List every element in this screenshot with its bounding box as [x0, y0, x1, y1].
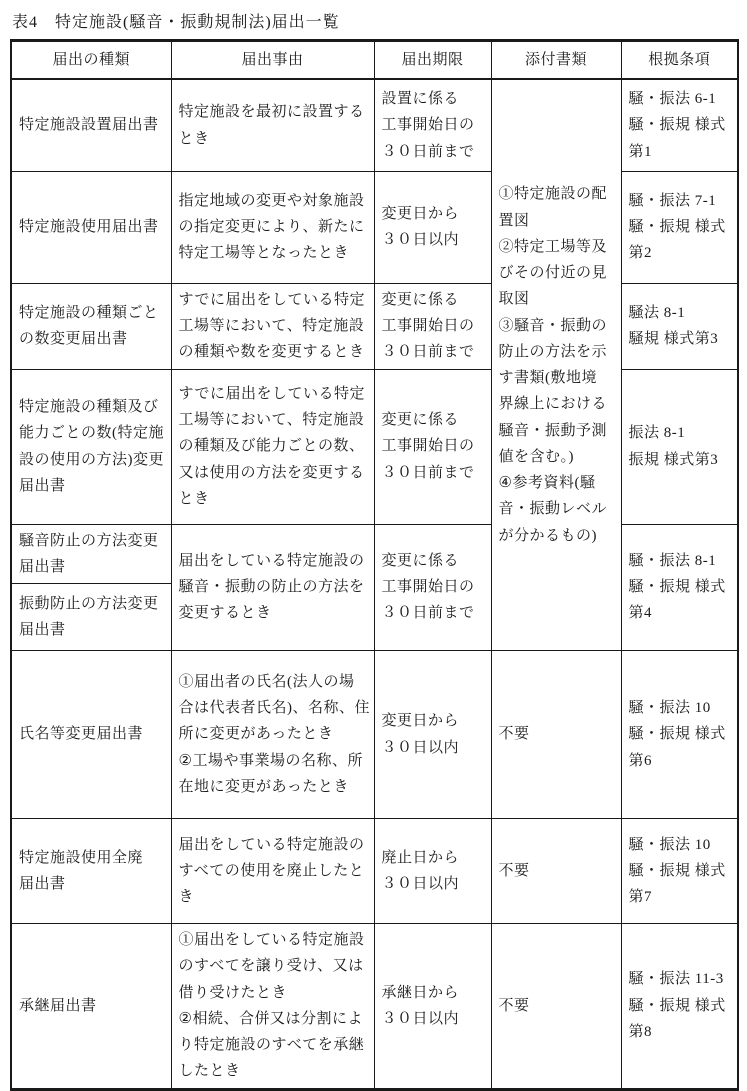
attachments-cell: 不要 — [491, 819, 621, 924]
notification-type-cell: 特定施設使用届出書 — [11, 171, 171, 283]
col-header-deadline: 届出期限 — [374, 41, 491, 80]
col-header-reason: 届出事由 — [171, 41, 374, 80]
header-row: 届出の種類 届出事由 届出期限 添付書類 根拠条項 — [11, 41, 738, 80]
notification-type-cell: 特定施設使用全廃 届出書 — [11, 819, 171, 924]
deadline-cell: 設置に係る 工事開始日の ３０日前まで — [374, 79, 491, 171]
col-header-notification-type: 届出の種類 — [11, 41, 171, 80]
deadline-cell: 変更に係る 工事開始日の ３０日前まで — [374, 524, 491, 651]
reason-cell: ①届出者の氏名(法人の場 合は代表者氏名)、名称、住 所に変更があったとき ②工… — [171, 651, 374, 819]
legal-basis-cell: 騒・振法 10 騒・振規 様式 第6 — [621, 651, 738, 819]
shared-attachments-cell: ①特定施設の配 置図 ②特定工場等及 びその付近の見 取図 ③騒音・振動の 防止… — [491, 79, 621, 650]
notification-type-cell: 振動防止の方法変更 届出書 — [11, 584, 171, 651]
reason-cell: 届出をしている特定施設の すべての使用を廃止したと き — [171, 819, 374, 924]
deadline-cell: 変更日から ３０日以内 — [374, 651, 491, 819]
notification-type-cell: 特定施設の種類ごと の数変更届出書 — [11, 283, 171, 369]
legal-basis-cell: 騒・振法 6-1 騒・振規 様式 第1 — [621, 79, 738, 171]
legal-basis-cell: 騒・振法 11-3 騒・振規 様式 第8 — [621, 924, 738, 1090]
table-row: 特定施設使用全廃 届出書 届出をしている特定施設の すべての使用を廃止したと き… — [11, 819, 738, 924]
attachments-cell: 不要 — [491, 651, 621, 819]
notification-type-cell: 氏名等変更届出書 — [11, 651, 171, 819]
reason-cell: 特定施設を最初に設置する とき — [171, 79, 374, 171]
deadline-cell: 廃止日から ３０日以内 — [374, 819, 491, 924]
reason-cell: すでに届出をしている特定 工場等において、特定施設 の種類や数を変更するとき — [171, 283, 374, 369]
reason-cell: すでに届出をしている特定 工場等において、特定施設 の種類及び能力ごとの数、 又… — [171, 369, 374, 524]
table-row: 承継届出書 ①届出をしている特定施設 のすべてを譲り受け、又は 借り受けたとき … — [11, 924, 738, 1090]
reason-cell: 届出をしている特定施設の 騒音・振動の防止の方法を 変更するとき — [171, 524, 374, 651]
notification-type-cell: 承継届出書 — [11, 924, 171, 1090]
table-row: 特定施設の種類ごと の数変更届出書 すでに届出をしている特定 工場等において、特… — [11, 283, 738, 369]
deadline-cell: 変更に係る 工事開始日の ３０日前まで — [374, 369, 491, 524]
reason-cell: 指定地域の変更や対象施設 の指定変更により、新たに 特定工場等となったとき — [171, 171, 374, 283]
legal-basis-cell: 騒法 8-1 騒規 様式第3 — [621, 283, 738, 369]
page-title: 表4 特定施設(騒音・振動規制法)届出一覧 — [12, 9, 737, 32]
reason-cell: ①届出をしている特定施設 のすべてを譲り受け、又は 借り受けたとき ②相続、合併… — [171, 924, 374, 1090]
table-row: 騒音防止の方法変更 届出書 届出をしている特定施設の 騒音・振動の防止の方法を … — [11, 524, 738, 584]
document-page: 表4 特定施設(騒音・振動規制法)届出一覧 届出の種類 届出事由 届出期限 添付… — [0, 0, 747, 1077]
attachments-cell: 不要 — [491, 924, 621, 1090]
notification-type-cell: 騒音防止の方法変更 届出書 — [11, 524, 171, 584]
legal-basis-cell: 騒・振法 7-1 騒・振規 様式 第2 — [621, 171, 738, 283]
legal-basis-cell: 騒・振法 10 騒・振規 様式 第7 — [621, 819, 738, 924]
notification-type-cell: 特定施設の種類及び 能力ごとの数(特定施 設の使用の方法)変更 届出書 — [11, 369, 171, 524]
col-header-legal-basis: 根拠条項 — [621, 41, 738, 80]
table-row: 特定施設設置届出書 特定施設を最初に設置する とき 設置に係る 工事開始日の ３… — [11, 79, 738, 171]
deadline-cell: 承継日から ３０日以内 — [374, 924, 491, 1090]
table-row: 特定施設の種類及び 能力ごとの数(特定施 設の使用の方法)変更 届出書 すでに届… — [11, 369, 738, 524]
table-row: 特定施設使用届出書 指定地域の変更や対象施設 の指定変更により、新たに 特定工場… — [11, 171, 738, 283]
notification-type-cell: 特定施設設置届出書 — [11, 79, 171, 171]
legal-basis-cell: 振法 8-1 振規 様式第3 — [621, 369, 738, 524]
table-row: 氏名等変更届出書 ①届出者の氏名(法人の場 合は代表者氏名)、名称、住 所に変更… — [11, 651, 738, 819]
legal-basis-cell: 騒・振法 8-1 騒・振規 様式 第4 — [621, 524, 738, 651]
col-header-attachments: 添付書類 — [491, 41, 621, 80]
deadline-cell: 変更日から ３０日以内 — [374, 171, 491, 283]
deadline-cell: 変更に係る 工事開始日の ３０日前まで — [374, 283, 491, 369]
notification-table: 届出の種類 届出事由 届出期限 添付書類 根拠条項 特定施設設置届出書 特定施設… — [10, 39, 739, 1091]
